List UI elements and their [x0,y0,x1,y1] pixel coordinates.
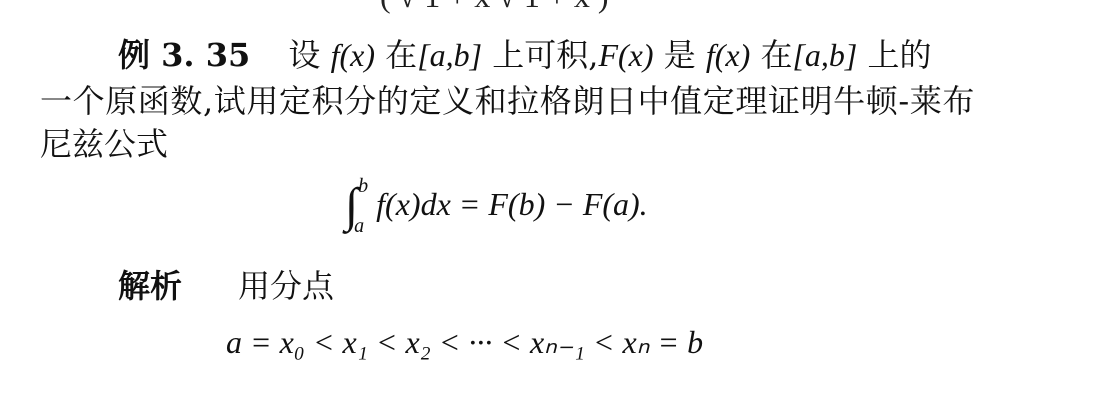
example-line-1: 例 3. 35 设 f(x) 在[a,b] 上可积,F(x) 是 f(x) 在[… [118,35,932,75]
partition-formula: a = x₀ < x₁ < x₂ < ··· < xₙ₋₁ < xₙ = b [226,322,703,362]
text: 在 [760,36,792,74]
math-fx: f(x) [706,37,750,73]
text: 是 [664,36,696,74]
analysis-label: 解析 [118,267,182,305]
text: 在 [385,36,417,74]
text: 上的 [868,36,932,74]
example-label: 例 3. 35 [118,36,250,74]
example-line-2: 一个原函数,试用定积分的定义和拉格朗日中值定理证明牛顿-莱布 [40,81,975,121]
text: 上可积, [492,36,598,74]
text: 设 [288,36,320,74]
math-Fx: F(x) [598,37,653,73]
upper-limit: b [358,166,368,206]
math-fx: f(x) [331,37,375,73]
formula-body: f(x)dx = F(b) − F(a). [376,186,648,222]
lower-limit: a [354,206,364,246]
analysis-line: 解析用分点 [118,266,334,306]
math-interval: [a,b] [792,37,857,73]
newton-leibniz-formula: ∫baf(x)dx = F(b) − F(a). [345,180,648,224]
cut-off-formula-fragment: ( √ 1 + x √ 1 + x ) [380,0,609,15]
example-line-3: 尼兹公式 [40,124,168,164]
math-interval: [a,b] [417,37,482,73]
analysis-text: 用分点 [238,267,334,305]
